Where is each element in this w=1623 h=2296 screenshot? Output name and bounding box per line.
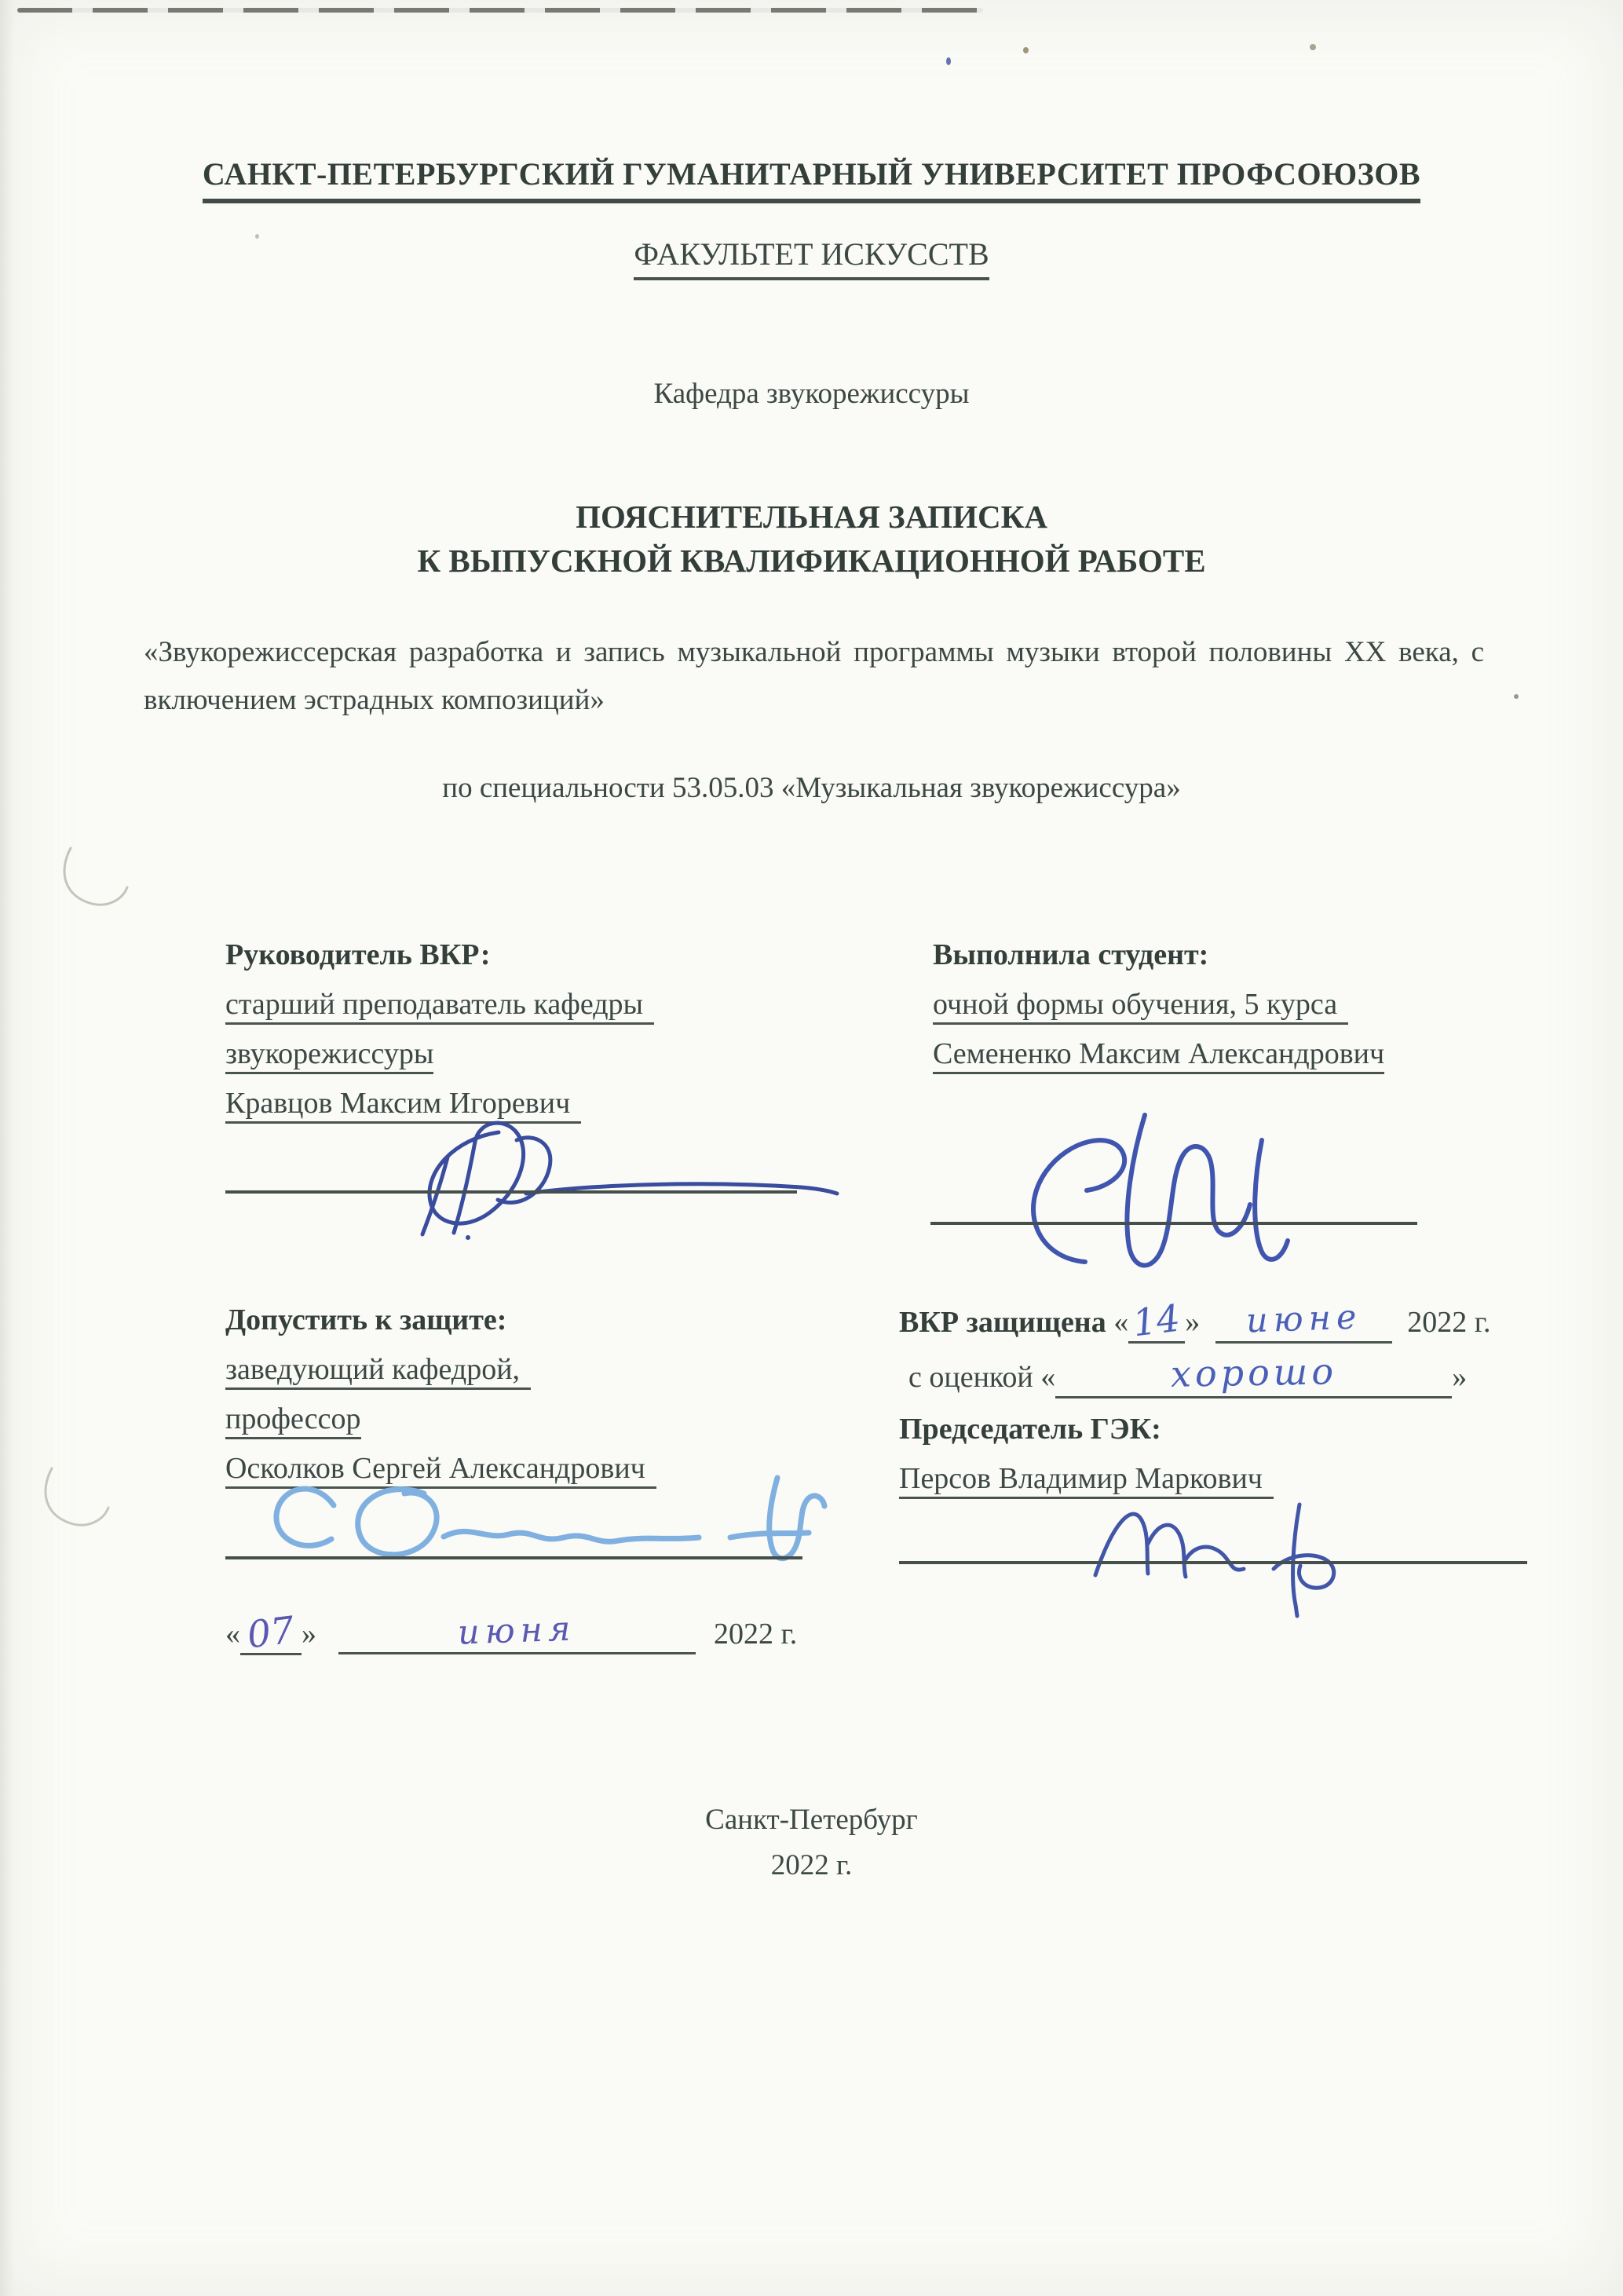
university-name-text: САНКТ-ПЕТЕРБУРГСКИЙ ГУМАНИТАРНЫЙ УНИВЕРС…	[203, 156, 1420, 203]
grade-handwritten: хорошо	[1170, 1352, 1337, 1393]
paper-speck	[1023, 47, 1029, 53]
student-form-line: очной формы обучения, 5 курса	[933, 985, 1553, 1023]
document-title-line2: К ВЫПУСКНОЙ КВАЛИФИКАЦИОННОЙ РАБОТЕ	[0, 542, 1623, 579]
admission-day-handwritten: 07	[245, 1609, 297, 1658]
grade-quote-close: »	[1452, 1361, 1467, 1394]
supervisor-position-line1: старший преподаватель кафедры	[225, 985, 822, 1023]
admission-day-slot: 07	[240, 1610, 302, 1655]
punch-hole-mark	[36, 1459, 115, 1531]
defense-day-handwritten: 14	[1131, 1300, 1183, 1344]
chairman-signature	[1076, 1481, 1421, 1618]
paper-speck	[1310, 44, 1316, 50]
chairman-signature-line	[899, 1561, 1527, 1564]
defense-date-row: ВКР защищена «14» июне 2022 г.	[899, 1301, 1590, 1344]
student-label: Выполнила студент:	[933, 936, 1553, 974]
faculty-name: ФАКУЛЬТЕТ ИСКУССТВ	[0, 236, 1623, 272]
admission-signature-line	[225, 1556, 802, 1559]
student-signature	[991, 1093, 1313, 1281]
defense-label: ВКР защищена	[899, 1306, 1106, 1339]
scan-top-edge-line	[17, 8, 983, 13]
defense-block: ВКР защищена «14» июне 2022 г. с оценкой…	[899, 1301, 1590, 1509]
scan-right-edge-shade	[1612, 0, 1623, 2296]
defense-quote-open: «	[1113, 1306, 1128, 1339]
admission-date-row: «07» июня 2022 г.	[225, 1610, 797, 1655]
admission-month-handwritten: июня	[457, 1609, 576, 1652]
admission-position-line1: заведующий кафедрой,	[225, 1351, 838, 1388]
thesis-topic: «Звукорежиссерская разработка и запись м…	[144, 628, 1484, 724]
defense-day-slot: 14	[1128, 1301, 1185, 1344]
defense-grade-row: с оценкой «хорошо»	[899, 1355, 1590, 1398]
university-name: САНКТ-ПЕТЕРБУРГСКИЙ ГУМАНИТАРНЫЙ УНИВЕРС…	[0, 155, 1623, 192]
supervisor-signature	[330, 1109, 848, 1242]
defense-month-slot: июне	[1215, 1302, 1392, 1344]
student-signature-line	[930, 1222, 1417, 1225]
defense-month-handwritten: июне	[1245, 1298, 1362, 1340]
supervisor-signature-line	[225, 1190, 797, 1194]
supervisor-block: Руководитель ВКР: старший преподаватель …	[225, 936, 822, 1134]
grade-label: с оценкой	[908, 1361, 1033, 1394]
admission-quote-open: «	[225, 1618, 240, 1651]
student-name: Семененко Максим Александрович	[933, 1035, 1553, 1073]
scan-left-edge-shade	[0, 0, 14, 2296]
scanned-title-page: САНКТ-ПЕТЕРБУРГСКИЙ ГУМАНИТАРНЫЙ УНИВЕРС…	[0, 0, 1623, 2296]
punch-hole-mark	[55, 839, 133, 911]
grade-slot: хорошо	[1055, 1355, 1452, 1398]
footer-year: 2022 г.	[0, 1848, 1623, 1882]
grade-quote-open: «	[1040, 1361, 1055, 1394]
admission-signature	[259, 1462, 864, 1572]
admission-year: 2022 г.	[714, 1618, 797, 1651]
admission-month-slot: июня	[338, 1613, 696, 1654]
faculty-name-text: ФАКУЛЬТЕТ ИСКУССТВ	[634, 236, 989, 280]
ink-speck	[946, 57, 951, 65]
stray-period-mark	[1514, 694, 1519, 699]
department-name: Кафедра звукорежиссуры	[0, 377, 1623, 411]
defense-year: 2022 г.	[1407, 1306, 1490, 1339]
student-block: Выполнила студент: очной формы обучения,…	[933, 936, 1553, 1084]
chairman-label: Председатель ГЭК:	[899, 1410, 1590, 1448]
document-title-line1: ПОЯСНИТЕЛЬНАЯ ЗАПИСКА	[0, 498, 1623, 536]
supervisor-label: Руководитель ВКР:	[225, 936, 822, 974]
footer-city: Санкт-Петербург	[0, 1803, 1623, 1837]
supervisor-position-line2: звукорежиссуры	[225, 1035, 822, 1073]
admission-position-line2: профессор	[225, 1400, 838, 1438]
admission-label: Допустить к защите:	[225, 1301, 838, 1339]
admission-quote-close: »	[302, 1618, 316, 1651]
specialty-line: по специальности 53.05.03 «Музыкальная з…	[0, 771, 1623, 805]
defense-quote-close: »	[1185, 1306, 1200, 1339]
